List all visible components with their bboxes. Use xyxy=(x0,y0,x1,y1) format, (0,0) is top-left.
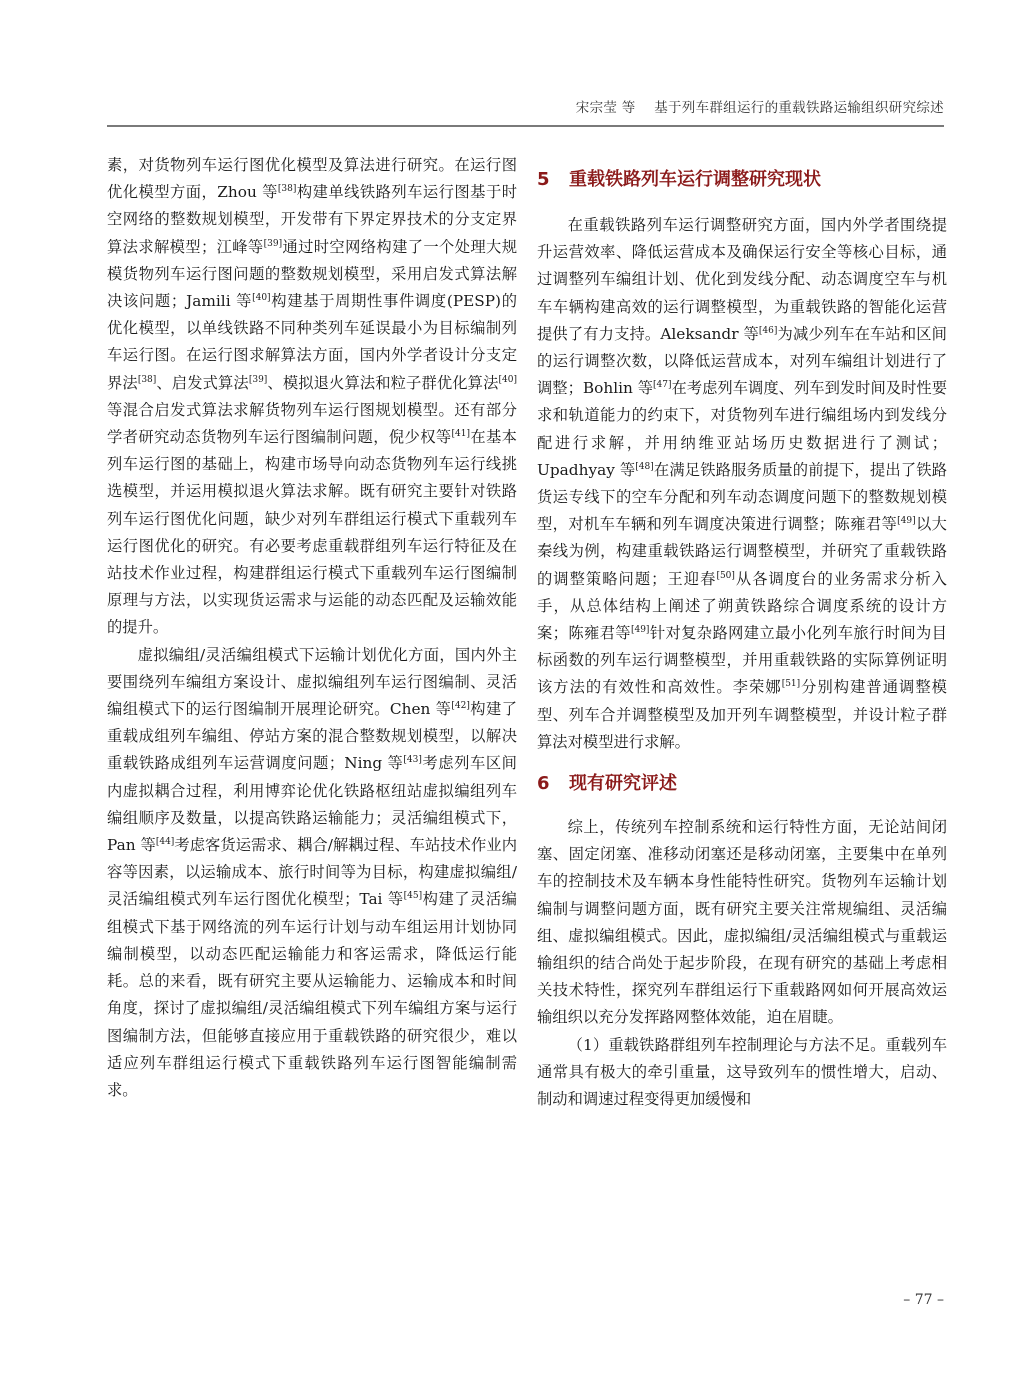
citation-ref: [38] xyxy=(138,375,156,385)
section-title: 现有研究评述 xyxy=(569,773,677,794)
citation-ref: [46] xyxy=(759,326,777,336)
paragraph: 素，对货物列车运行图优化模型及算法进行研究。在运行图优化模型方面，Zhou 等[… xyxy=(107,152,517,642)
citation-ref: [39] xyxy=(264,239,282,249)
citation-ref: [39] xyxy=(249,375,267,385)
section-heading-5: 5重载铁路列车运行调整研究现状 xyxy=(537,166,947,194)
paragraph: 综上，传统列车控制系统和运行特性方面，无论站间闭塞、固定闭塞、准移动闭塞还是移动… xyxy=(537,814,947,1032)
citation-ref: [38] xyxy=(278,184,296,194)
citation-ref: [50] xyxy=(716,571,734,581)
citation-ref: [41] xyxy=(452,429,470,439)
citation-ref: [47] xyxy=(653,380,671,390)
paragraph: 虚拟编组/灵活编组模式下运输计划优化方面，国内外主要围绕列车编组方案设计、虚拟编… xyxy=(107,642,517,1104)
citation-ref: [45] xyxy=(404,891,422,901)
paragraph: 在重载铁路列车运行调整研究方面，国内外学者围绕提升运营效率、降低运营成本及确保运… xyxy=(537,212,947,756)
citation-ref: [48] xyxy=(635,462,653,472)
section-number: 6 xyxy=(537,770,569,798)
citation-ref: [43] xyxy=(403,755,421,765)
left-column: 素，对货物列车运行图优化模型及算法进行研究。在运行图优化模型方面，Zhou 等[… xyxy=(107,152,517,1104)
paragraph: （1）重载铁路群组列车控制理论与方法不足。重载列车通常具有极大的牵引重量，这导致… xyxy=(537,1032,947,1114)
section-number: 5 xyxy=(537,166,569,194)
running-head-authors: 宋宗莹 等 xyxy=(576,100,636,116)
citation-ref: [49] xyxy=(631,625,649,635)
citation-ref: [40] xyxy=(252,293,270,303)
section-title: 重载铁路列车运行调整研究现状 xyxy=(569,169,821,190)
citation-ref: [44] xyxy=(156,837,174,847)
citation-ref: [49] xyxy=(897,516,915,526)
citation-ref: [40] xyxy=(498,375,516,385)
right-column: 5重载铁路列车运行调整研究现状 在重载铁路列车运行调整研究方面，国内外学者围绕提… xyxy=(537,152,947,1113)
section-heading-6: 6现有研究评述 xyxy=(537,770,947,798)
citation-ref: [42] xyxy=(451,701,469,711)
header-rule xyxy=(107,125,944,127)
running-head: 宋宗莹 等 基于列车群组运行的重载铁路运输组织研究综述 xyxy=(107,96,944,116)
page-number: – 77 – xyxy=(880,1292,944,1308)
citation-ref: [51] xyxy=(782,679,800,689)
running-head-title: 基于列车群组运行的重载铁路运输组织研究综述 xyxy=(654,100,944,116)
